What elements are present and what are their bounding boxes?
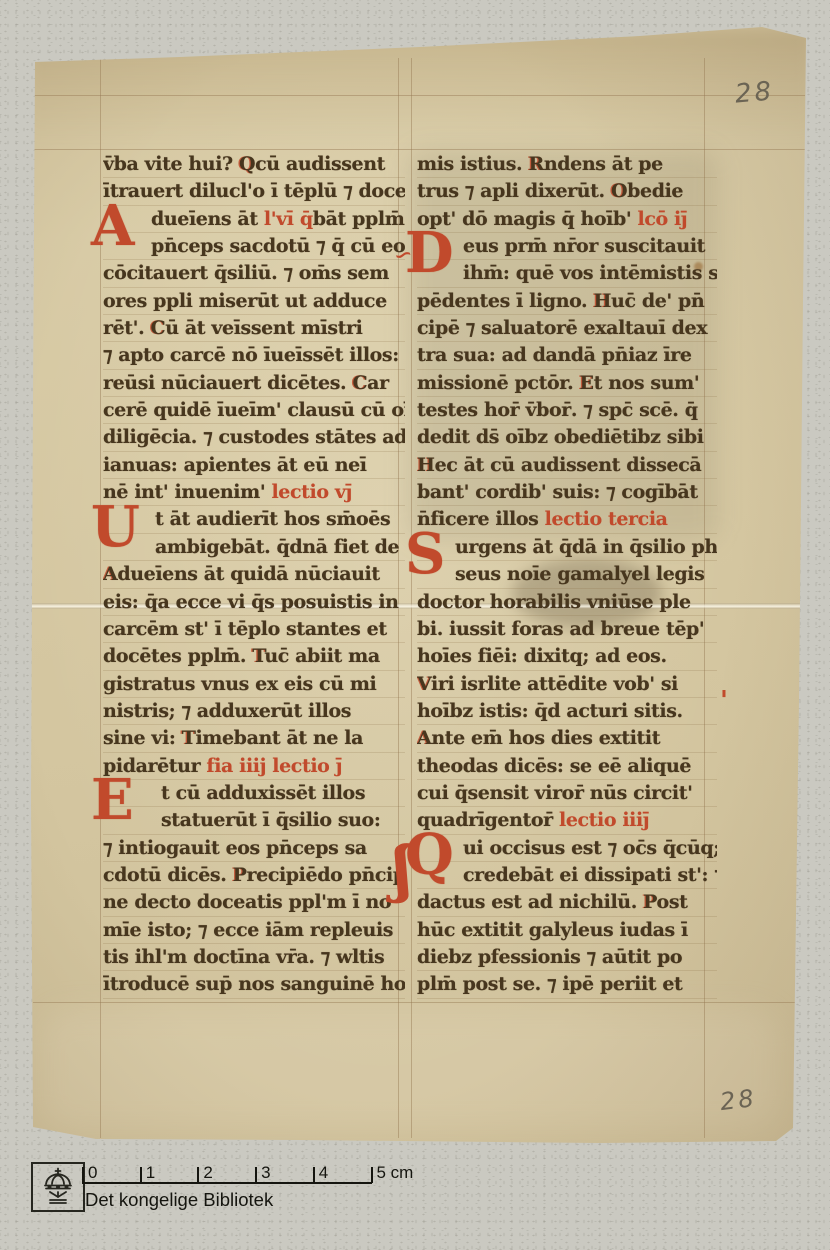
- manuscript-line: t cū adduxissēt illos: [103, 780, 405, 807]
- ink-text: ne decto doceatis ppl'm ī no: [103, 891, 391, 913]
- manuscript-line: theodas dicēs: se eē aliquē: [417, 753, 717, 780]
- manuscript-line: urgens āt q̄dā in q̄silio phi: [417, 534, 717, 561]
- manuscript-line: hoībz istis: q̄d acturi sitis.: [417, 698, 717, 725]
- ink-text: ītrauert dilucl'o ī tēplū ⁊ doce: [103, 180, 405, 202]
- ink-text: P: [643, 891, 656, 913]
- ink-text: uc̄ abiit ma: [264, 645, 379, 667]
- crown-icon: [37, 1167, 79, 1207]
- ink-text: ui occisus est ⁊ oc̄s q̄cūq;: [463, 837, 717, 859]
- folio-number-bottom: 28: [718, 1084, 758, 1116]
- ink-text: ⁊ intiogauit eos pn̄ceps sa: [103, 837, 367, 859]
- manuscript-line: reūsi nūciauert dicētes. Car: [103, 370, 405, 397]
- ink-text: iri isrlite attēdite vob' si: [431, 673, 678, 695]
- manuscript-line: hūc extitit galyleus iudas ī: [417, 917, 717, 944]
- ink-text: ec āt cū audissent dissecā: [435, 454, 702, 476]
- ink-text: carcēm st' ī tēplo stantes et: [103, 618, 387, 640]
- text-column-left: v̄ba vite hui? Qcū audissentītrauert dil…: [103, 151, 405, 999]
- manuscript-line: ītroducē sup̄ nos sanguinē ho: [103, 971, 405, 998]
- ink-text: urgens āt q̄dā in q̄silio phi: [455, 536, 717, 558]
- manuscript-line: ne decto doceatis ppl'm ī no: [103, 889, 405, 916]
- ink-text: dueīens āt quidā nūciauit: [117, 563, 379, 585]
- ink-text: E: [580, 372, 594, 394]
- manuscript-line: Ante em̄ hos dies extitit: [417, 725, 717, 752]
- ink-text: theodas dicēs: se eē aliquē: [417, 755, 691, 777]
- ink-text: H: [593, 290, 611, 312]
- manuscript-line: nē int' inuenim' lectio vj̄: [103, 479, 405, 506]
- manuscript-line: cdotū dicēs. Precipiēdo pn̄cipi: [103, 862, 405, 889]
- manuscript-line: mis istius. Rndens āt pe: [417, 151, 717, 178]
- ink-text: cerē quidē īueīm' clausū cū oī: [103, 399, 405, 421]
- ink-text: ītroducē sup̄ nos sanguinē ho: [103, 973, 405, 995]
- scale-tick-label: 2: [203, 1163, 212, 1183]
- ink-text: pn̄ceps sacdotū ⁊ q̄ cū eo eant: [151, 235, 405, 257]
- manuscript-line: ambigebāt. q̄dnā fiet de ill':: [103, 534, 405, 561]
- manuscript-line: cui q̄sensit viror̄ nūs circit': [417, 780, 717, 807]
- manuscript-line: sine vi: Timebant āt ne la: [103, 725, 405, 752]
- manuscript-line: ores ppli miserūt ut adduce: [103, 288, 405, 315]
- manuscript-line: gistratus vnus ex eis cū mi: [103, 671, 405, 698]
- ink-text: credebāt ei dissipati st': ⁊ re: [463, 864, 717, 886]
- ink-text: tis ihl'm doctīna vr̄a. ⁊ wltis: [103, 946, 384, 968]
- folio-number-top: 28: [734, 76, 776, 109]
- scale-tick-label: 1: [146, 1163, 155, 1183]
- ink-text: missionē pctōr.: [417, 372, 580, 394]
- manuscript-line: seus noīe gamalyel legis: [417, 561, 717, 588]
- rubric-text: lectio iiij̄: [559, 809, 649, 831]
- rubric-text: fia iiij lectio j̄: [206, 755, 342, 777]
- ruling-line-horizontal: [33, 1002, 798, 1003]
- ink-text: diligēcia. ⁊ custodes stātes ad: [103, 426, 405, 448]
- manuscript-line: docētes pplm̄. Tuc̄ abiit ma: [103, 643, 405, 670]
- ink-text: A: [103, 563, 117, 585]
- manuscript-line: hoīes fiēi: dixitq; ad eos.: [417, 643, 717, 670]
- ink-text: recipiēdo pn̄cipi: [247, 864, 405, 886]
- ink-text: ores ppli miserūt ut adduce: [103, 290, 387, 312]
- manuscript-line: bi. iussit foras ad breue tēp': [417, 616, 717, 643]
- ink-text: nistris; ⁊ adduxerūt illos: [103, 700, 351, 722]
- ink-text: t nos sum': [594, 372, 700, 394]
- ink-text: O: [611, 180, 627, 202]
- ink-text: gistratus vnus ex eis cū mi: [103, 673, 376, 695]
- manuscript-line: plm̄ post se. ⁊ ipē periit et: [417, 971, 717, 998]
- scale-tick: [82, 1167, 84, 1183]
- ink-text: docētes pplm̄.: [103, 645, 252, 667]
- manuscript-line: ⁊ intiogauit eos pn̄ceps sa: [103, 835, 405, 862]
- manuscript-line: trus ⁊ apli dixerūt. Obedie: [417, 178, 717, 205]
- ink-text: ianuas: apientes āt eū neī: [103, 454, 367, 476]
- ink-text: reūsi nūciauert dicētes.: [103, 372, 352, 394]
- illuminated-initial: E: [91, 772, 134, 828]
- ink-text: hūc extitit galyleus iudas ī: [417, 919, 688, 941]
- ink-text: T: [252, 645, 264, 667]
- ink-text: ū āt veīssent mīstri: [165, 317, 362, 339]
- ink-text: pēdentes ī ligno.: [417, 290, 593, 312]
- ink-text: A: [417, 727, 431, 749]
- ink-text: ar: [367, 372, 389, 394]
- illuminated-initial: S: [405, 526, 445, 582]
- manuscript-line: Viri isrlite attēdite vob' si: [417, 671, 717, 698]
- manuscript-line: carcēm st' ī tēplo stantes et: [103, 616, 405, 643]
- ink-text: eus prm̄ nr̄or suscitauit: [463, 235, 705, 257]
- ruling-line-horizontal: [33, 149, 805, 150]
- ink-text: v̄ba vite hui?: [103, 153, 239, 175]
- manuscript-line: rēt'. Cū āt veīssent mīstri: [103, 315, 405, 342]
- ink-text: ost: [657, 891, 688, 913]
- ink-text: dedit ds̄ oībz obediētibz sibi: [417, 426, 704, 448]
- manuscript-line: quadrīgentor̄ lectio iiij̄: [417, 807, 717, 834]
- rubric-text: lectio tercia: [545, 508, 668, 530]
- ink-text: hoībz istis: q̄d acturi sitis.: [417, 700, 683, 722]
- manuscript-line: Hec āt cū audissent dissecā: [417, 452, 717, 479]
- rubric-text: lectio vj̄: [271, 481, 351, 503]
- rubric-text: lcō ij̄: [638, 208, 688, 230]
- ink-text: bāt pplm̄: [313, 208, 405, 230]
- ink-text: hoīes fiēi: dixitq; ad eos.: [417, 645, 667, 667]
- scale-tick-label: 0: [88, 1163, 97, 1183]
- ink-text: plm̄ post se. ⁊ ipē periit et: [417, 973, 682, 995]
- manuscript-line: Adueīens āt quidā nūciauit: [103, 561, 405, 588]
- illuminated-initial: U: [91, 499, 140, 555]
- library-name: Det kongelige Bibliotek: [85, 1189, 273, 1211]
- scale-tick-label: 3: [261, 1163, 270, 1183]
- ink-text: ⁊ apto carcē nō īueīssēt illos:: [103, 344, 399, 366]
- manuscript-line: eus prm̄ nr̄or suscitauit: [417, 233, 717, 260]
- manuscript-line: ⁊ apto carcē nō īueīssēt illos:: [103, 342, 405, 369]
- manuscript-line: opt' dō magis q̄ hoīb' lcō ij̄: [417, 206, 717, 233]
- manuscript-line: nistris; ⁊ adduxerūt illos: [103, 698, 405, 725]
- ruling-line-horizontal: [33, 95, 805, 96]
- manuscript-line: pēdentes ī ligno. Huc̄ de' pn̄: [417, 288, 717, 315]
- manuscript-page: v̄ba vite hui? Qcū audissentītrauert dil…: [0, 0, 830, 1250]
- scan-background: v̄ba vite hui? Qcū audissentītrauert dil…: [0, 0, 830, 1250]
- ink-text: imebant āt ne la: [195, 727, 363, 749]
- manuscript-line: tis ihl'm doctīna vr̄a. ⁊ wltis: [103, 944, 405, 971]
- manuscript-line: tra sua: ad dandā pn̄iaz īre: [417, 342, 717, 369]
- ink-text: C: [151, 317, 166, 339]
- ink-text: sine vi:: [103, 727, 182, 749]
- ink-text: ihm̄: quē vos intēmistis sus: [463, 262, 717, 284]
- ink-text: dueīens āt: [151, 208, 264, 230]
- manuscript-line: eis: q̄a ecce vi q̄s posuistis in: [103, 589, 405, 616]
- ink-text: bant' cordib' suis: ⁊ cogībāt: [417, 481, 698, 503]
- ink-text: trus ⁊ apli dixerūt.: [417, 180, 611, 202]
- ink-text: P: [233, 864, 247, 886]
- ink-text: nte em̄ hos dies extitit: [431, 727, 660, 749]
- ink-text: eis: q̄a ecce vi q̄s posuistis in: [103, 591, 399, 613]
- scale-tick: [313, 1167, 315, 1183]
- manuscript-line: n̄ficere illos lectio tercia: [417, 506, 717, 533]
- scale-tick: [140, 1167, 142, 1183]
- manuscript-line: bant' cordib' suis: ⁊ cogībāt: [417, 479, 717, 506]
- manuscript-line: missionē pctōr. Et nos sum': [417, 370, 717, 397]
- rubric-text: l'vī q̄: [264, 208, 313, 230]
- ink-text: H: [417, 454, 435, 476]
- manuscript-line: dueīens āt l'vī q̄bāt pplm̄: [103, 206, 405, 233]
- scale-tick-label: 5 cm: [377, 1163, 414, 1183]
- manuscript-line: dedit ds̄ oībz obediētibz sibi: [417, 424, 717, 451]
- ink-text: testes hor̄ v̄bor̄. ⁊ spc̄ scē. q̄: [417, 399, 698, 421]
- rubricator-margin-mark: ': [720, 686, 728, 716]
- ink-text: diebz pfessionis ⁊ aūtit po: [417, 946, 682, 968]
- ink-text: doctor horabilis vniūse ple: [417, 591, 691, 613]
- manuscript-line: ihm̄: quē vos intēmistis sus: [417, 260, 717, 287]
- ink-text: cdotū dicēs.: [103, 864, 233, 886]
- manuscript-line: ianuas: apientes āt eū neī: [103, 452, 405, 479]
- manuscript-line: t āt audierīt hos sm̄oēs: [103, 506, 405, 533]
- ink-text: cui q̄sensit viror̄ nūs circit': [417, 782, 693, 804]
- ink-text: ambigebāt. q̄dnā fiet de ill':: [155, 536, 405, 558]
- ink-text: rēt'.: [103, 317, 151, 339]
- ink-text: mis istius.: [417, 153, 528, 175]
- ink-text: t cū adduxissēt illos: [161, 782, 365, 804]
- ink-text: R: [528, 153, 543, 175]
- ink-text: t āt audierīt hos sm̄oēs: [155, 508, 390, 530]
- manuscript-line: ui occisus est ⁊ oc̄s q̄cūq;: [417, 835, 717, 862]
- manuscript-line: doctor horabilis vniūse ple: [417, 589, 717, 616]
- rubricator-margin-mark: ʃ: [390, 831, 416, 905]
- ink-text: dactus est ad nichilū.: [417, 891, 643, 913]
- manuscript-line: cerē quidē īueīm' clausū cū oī: [103, 397, 405, 424]
- manuscript-line: diebz pfessionis ⁊ aūtit po: [417, 944, 717, 971]
- ink-text: C: [352, 372, 367, 394]
- ink-text: bi. iussit foras ad breue tēp': [417, 618, 704, 640]
- manuscript-line: mīe isto; ⁊ ecce iām repleuis: [103, 917, 405, 944]
- manuscript-line: diligēcia. ⁊ custodes stātes ad: [103, 424, 405, 451]
- ink-text: statuerūt ī q̄silio suo:: [161, 809, 380, 831]
- manuscript-line: cōcitauert q̄siliū. ⁊ om̄s sem: [103, 260, 405, 287]
- manuscript-line: ītrauert dilucl'o ī tēplū ⁊ doce: [103, 178, 405, 205]
- ink-text: cū audissent: [255, 153, 385, 175]
- text-column-right: mis istius. Rndens āt petrus ⁊ apli dixe…: [417, 151, 717, 999]
- ink-text: ndens āt pe: [544, 153, 663, 175]
- ink-text: bedie: [627, 180, 683, 202]
- manuscript-line: pn̄ceps sacdotū ⁊ q̄ cū eo eant: [103, 233, 405, 260]
- manuscript-line: pidarētur fia iiij lectio j̄: [103, 753, 405, 780]
- ink-text: mīe isto; ⁊ ecce iām repleuis: [103, 919, 393, 941]
- manuscript-line: testes hor̄ v̄bor̄. ⁊ spc̄ scē. q̄: [417, 397, 717, 424]
- ink-text: T: [182, 727, 196, 749]
- manuscript-line: v̄ba vite hui? Qcū audissent: [103, 151, 405, 178]
- scale-tick: [255, 1167, 257, 1183]
- scale-tick: [197, 1167, 199, 1183]
- ink-text: cōcitauert q̄siliū. ⁊ om̄s sem: [103, 262, 389, 284]
- ink-text: Q: [239, 153, 255, 175]
- manuscript-line: cipē ⁊ saluatorē exaltauī dex: [417, 315, 717, 342]
- scale-bar-line: [82, 1182, 372, 1184]
- ink-text: cipē ⁊ saluatorē exaltauī dex: [417, 317, 707, 339]
- ink-text: tra sua: ad dandā pn̄iaz īre: [417, 344, 692, 366]
- ink-text: V: [417, 673, 431, 695]
- manuscript-line: dactus est ad nichilū. Post: [417, 889, 717, 916]
- manuscript-line: statuerūt ī q̄silio suo:: [103, 807, 405, 834]
- illuminated-initial: A: [91, 198, 134, 254]
- scale-tick-label: 4: [319, 1163, 328, 1183]
- scale-tick: [371, 1167, 373, 1183]
- ink-text: uc̄ de' pn̄: [611, 290, 704, 312]
- manuscript-line: credebāt ei dissipati st': ⁊ re: [417, 862, 717, 889]
- library-logo: [31, 1162, 85, 1212]
- ink-text: seus noīe gamalyel legis: [455, 563, 704, 585]
